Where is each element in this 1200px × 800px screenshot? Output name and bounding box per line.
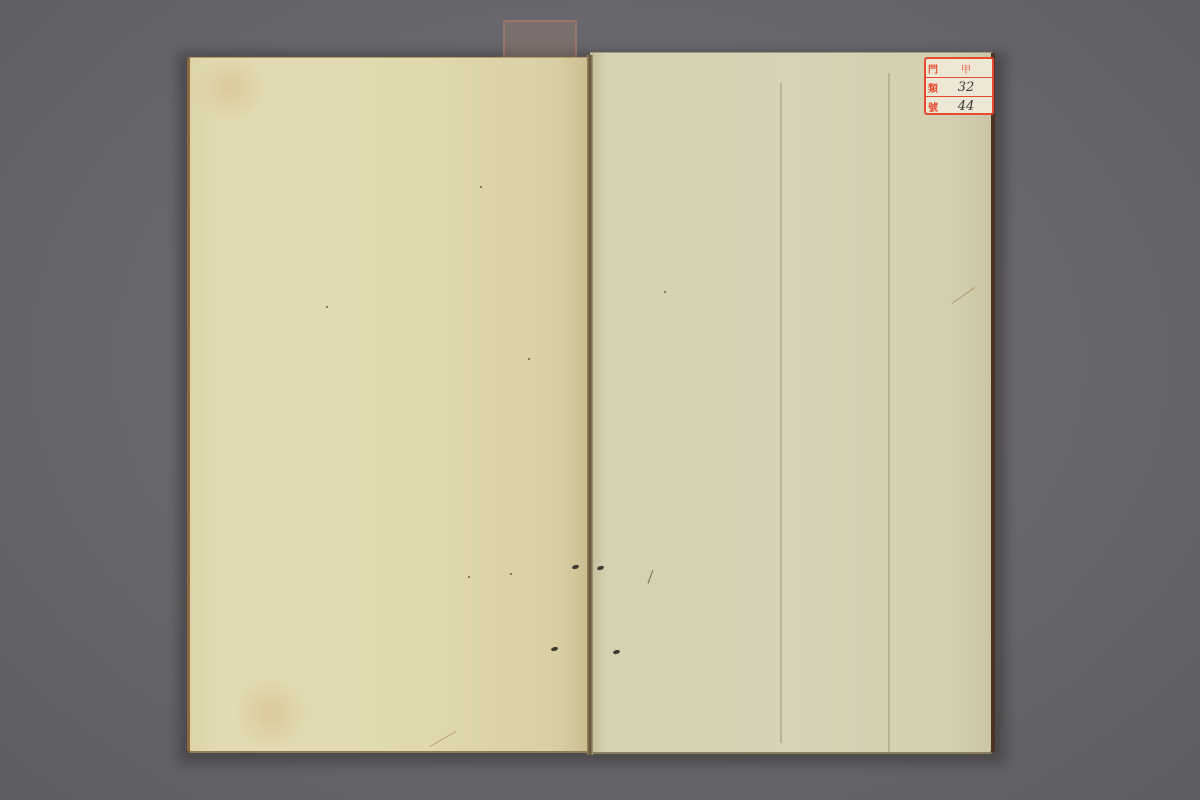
seal-label: 門 — [926, 61, 940, 76]
corner-stain — [190, 58, 270, 118]
speck — [510, 573, 512, 575]
seal-row-category: 門 甲 — [926, 59, 992, 78]
stain — [230, 678, 310, 748]
seal-value: 甲 — [940, 61, 992, 76]
speck — [664, 291, 666, 293]
paper-crease — [430, 731, 456, 747]
library-seal: 門 甲 類 32 號 44 — [924, 57, 994, 115]
right-page — [590, 52, 995, 754]
fold-line — [780, 83, 782, 743]
seal-label: 類 — [926, 80, 940, 95]
seal-value: 44 — [940, 99, 992, 114]
seal-row-number: 號 44 — [926, 97, 992, 115]
speck — [480, 186, 482, 188]
speck — [326, 306, 328, 308]
seal-label: 號 — [926, 99, 940, 114]
speck — [468, 576, 470, 578]
paper-crease — [952, 287, 976, 304]
book-gutter — [587, 55, 593, 755]
paper-mark — [648, 570, 654, 583]
left-page — [187, 57, 590, 753]
fold-line — [888, 73, 890, 753]
seal-value: 32 — [940, 80, 992, 95]
speck — [528, 358, 530, 360]
seal-row-class: 類 32 — [926, 78, 992, 97]
